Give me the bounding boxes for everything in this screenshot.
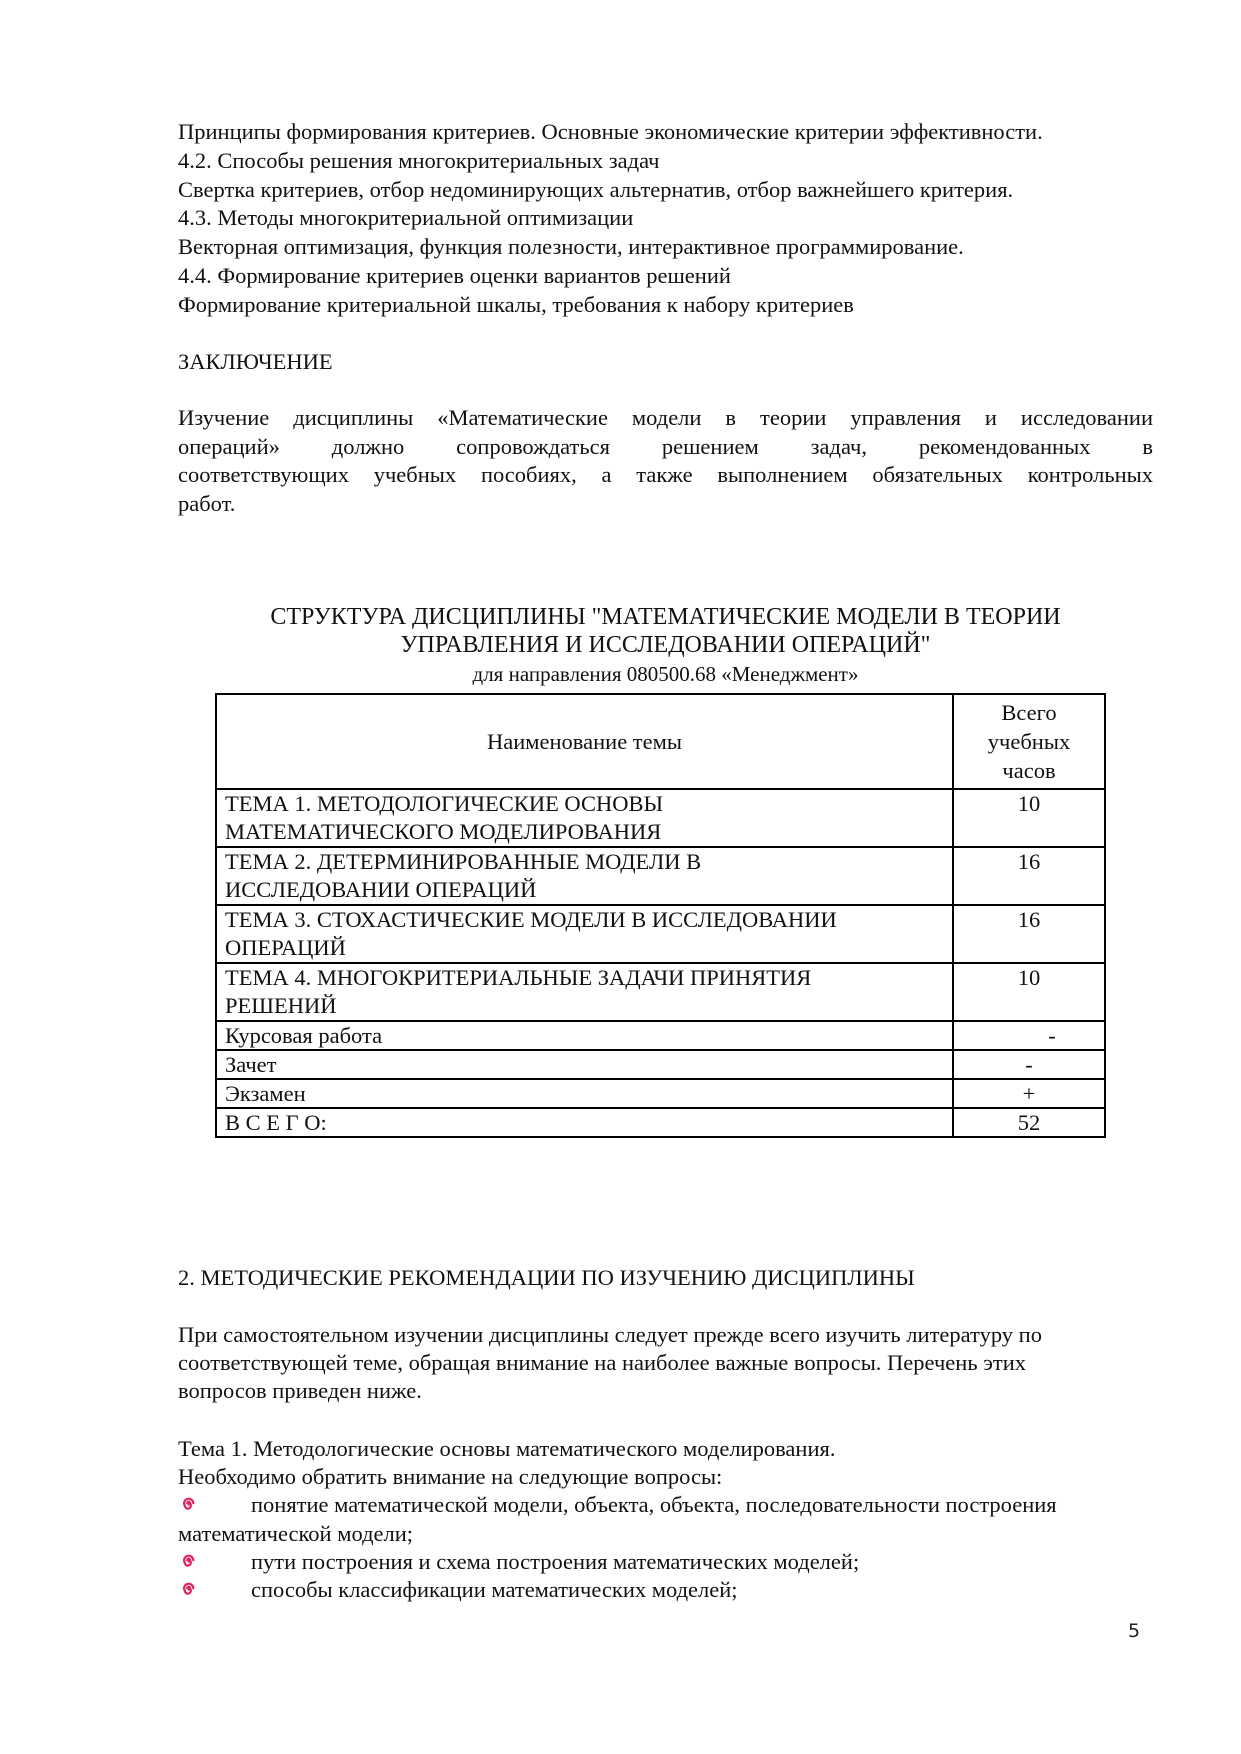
table-row-coursework: Курсовая работа - (216, 1021, 1105, 1050)
conclusion-line: соответствующих учебных пособиях, а такж… (178, 461, 1153, 490)
topic-name-line: ТЕМА 4. МНОГОКРИТЕРИАЛЬНЫЕ ЗАДАЧИ ПРИНЯТ… (225, 964, 952, 992)
list-item: понятие математической модели, объекта, … (178, 1490, 1153, 1548)
table-row: ТЕМА 2. ДЕТЕРМИНИРОВАННЫЕ МОДЕЛИ В ИССЛЕ… (216, 847, 1105, 905)
topic-1-title: Тема 1. Методологические основы математи… (178, 1434, 1153, 1463)
row-name-cell: В С Е Г О: (216, 1108, 953, 1137)
table-row: ТЕМА 3. СТОХАСТИЧЕСКИЕ МОДЕЛИ В ИССЛЕДОВ… (216, 905, 1105, 963)
list-item-text: пути построения и схема построения матем… (178, 1547, 1153, 1576)
topic-name-line: ТЕМА 1. МЕТОДОЛОГИЧЕСКИЕ ОСНОВЫ (225, 790, 952, 818)
row-hours-cell: + (953, 1079, 1105, 1108)
topic-name-line: ИССЛЕДОВАНИИ ОПЕРАЦИЙ (225, 876, 952, 904)
spiral-bullet-icon (180, 1581, 196, 1597)
document-page: Принципы формирования критериев. Основны… (0, 0, 1241, 1754)
topic-name-cell: ТЕМА 3. СТОХАСТИЧЕСКИЕ МОДЕЛИ В ИССЛЕДОВ… (216, 905, 953, 963)
topic-hours-cell: 16 (953, 905, 1105, 963)
topic-1-lead: Необходимо обратить внимание на следующи… (178, 1462, 1153, 1491)
list-item-continuation: математической модели; (178, 1519, 1153, 1548)
header-hours-line: часов (954, 756, 1104, 785)
subsection-4-2-text: Свертка критериев, отбор недоминирующих … (178, 175, 1153, 204)
list-item-text: способы классификации математических мод… (178, 1575, 1153, 1604)
header-hours-line: Всего (954, 698, 1104, 727)
table-row: ТЕМА 4. МНОГОКРИТЕРИАЛЬНЫЕ ЗАДАЧИ ПРИНЯТ… (216, 963, 1105, 1021)
list-item: способы классификации математических мод… (178, 1575, 1153, 1604)
table-header-row: Наименование темы Всего учебных часов (216, 694, 1105, 789)
conclusion-line: операций» должно сопровождаться решением… (178, 433, 1153, 462)
row-name-cell: Экзамен (216, 1079, 953, 1108)
row-hours-cell: 52 (953, 1108, 1105, 1137)
spiral-bullet-icon (180, 1496, 196, 1512)
conclusion-line: работ. (178, 490, 1153, 519)
row-name-cell: Курсовая работа (216, 1021, 953, 1050)
section-2-heading: 2. МЕТОДИЧЕСКИЕ РЕКОМЕНДАЦИИ ПО ИЗУЧЕНИЮ… (178, 1263, 1153, 1292)
list-item-text: понятие математической модели, объекта, … (178, 1490, 1153, 1519)
topic-name-cell: ТЕМА 2. ДЕТЕРМИНИРОВАННЫЕ МОДЕЛИ В ИССЛЕ… (216, 847, 953, 905)
structure-title-line-2: УПРАВЛЕНИЯ И ИССЛЕДОВАНИИ ОПЕРАЦИЙ" (178, 631, 1153, 659)
table-row-exam: Экзамен + (216, 1079, 1105, 1108)
topic-name-line: ОПЕРАЦИЙ (225, 934, 952, 962)
conclusion-line: Изучение дисциплины «Математические моде… (178, 404, 1153, 433)
structure-title-line-1: СТРУКТУРА ДИСЦИПЛИНЫ "МАТЕМАТИЧЕСКИЕ МОД… (178, 603, 1153, 631)
subsection-4-3-text: Векторная оптимизация, функция полезност… (178, 232, 1153, 261)
subsection-4-4-text: Формирование критериальной шкалы, требов… (178, 290, 1153, 319)
section-2-intro-line: При самостоятельном изучении дисциплины … (178, 1320, 1153, 1349)
section-2-intro-line: соответствующей теме, обращая внимание н… (178, 1348, 1153, 1377)
topic-name-line: РЕШЕНИЙ (225, 992, 952, 1020)
subsection-4-4-heading: 4.4. Формирование критериев оценки вариа… (178, 261, 1153, 290)
list-item: пути построения и схема построения матем… (178, 1547, 1153, 1576)
subsection-4-2-heading: 4.2. Способы решения многокритериальных … (178, 146, 1153, 175)
topic-hours-cell: 16 (953, 847, 1105, 905)
conclusion-paragraph: Изучение дисциплины «Математические моде… (178, 404, 1153, 518)
subsection-4-3-heading: 4.3. Методы многокритериальной оптимизац… (178, 203, 1153, 232)
table-row-total: В С Е Г О: 52 (216, 1108, 1105, 1137)
spiral-bullet-icon (180, 1553, 196, 1569)
header-hours-line: учебных (954, 727, 1104, 756)
topic-name-line: ТЕМА 3. СТОХАСТИЧЕСКИЕ МОДЕЛИ В ИССЛЕДОВ… (225, 906, 952, 934)
topic-hours-cell: 10 (953, 963, 1105, 1021)
criteria-principles-line: Принципы формирования критериев. Основны… (178, 117, 1153, 146)
header-total-hours: Всего учебных часов (953, 694, 1105, 789)
discipline-structure-table: Наименование темы Всего учебных часов ТЕ… (215, 693, 1106, 1138)
row-hours-cell: - (953, 1050, 1105, 1079)
header-topic-name: Наименование темы (216, 694, 953, 789)
topic-name-cell: ТЕМА 4. МНОГОКРИТЕРИАЛЬНЫЕ ЗАДАЧИ ПРИНЯТ… (216, 963, 953, 1021)
structure-subtitle: для направления 080500.68 «Менеджмент» (178, 662, 1153, 686)
topic-name-cell: ТЕМА 1. МЕТОДОЛОГИЧЕСКИЕ ОСНОВЫ МАТЕМАТИ… (216, 789, 953, 847)
page-number: 5 (1128, 1620, 1140, 1642)
topic-name-line: ТЕМА 2. ДЕТЕРМИНИРОВАННЫЕ МОДЕЛИ В (225, 848, 952, 876)
topic-name-line: МАТЕМАТИЧЕСКОГО МОДЕЛИРОВАНИЯ (225, 818, 952, 846)
row-hours-cell: - (953, 1021, 1105, 1050)
section-2-intro-line: вопросов приведен ниже. (178, 1376, 1153, 1405)
table-row: ТЕМА 1. МЕТОДОЛОГИЧЕСКИЕ ОСНОВЫ МАТЕМАТИ… (216, 789, 1105, 847)
table-row-credit: Зачет - (216, 1050, 1105, 1079)
conclusion-heading: ЗАКЛЮЧЕНИЕ (178, 347, 1153, 376)
row-name-cell: Зачет (216, 1050, 953, 1079)
topic-hours-cell: 10 (953, 789, 1105, 847)
